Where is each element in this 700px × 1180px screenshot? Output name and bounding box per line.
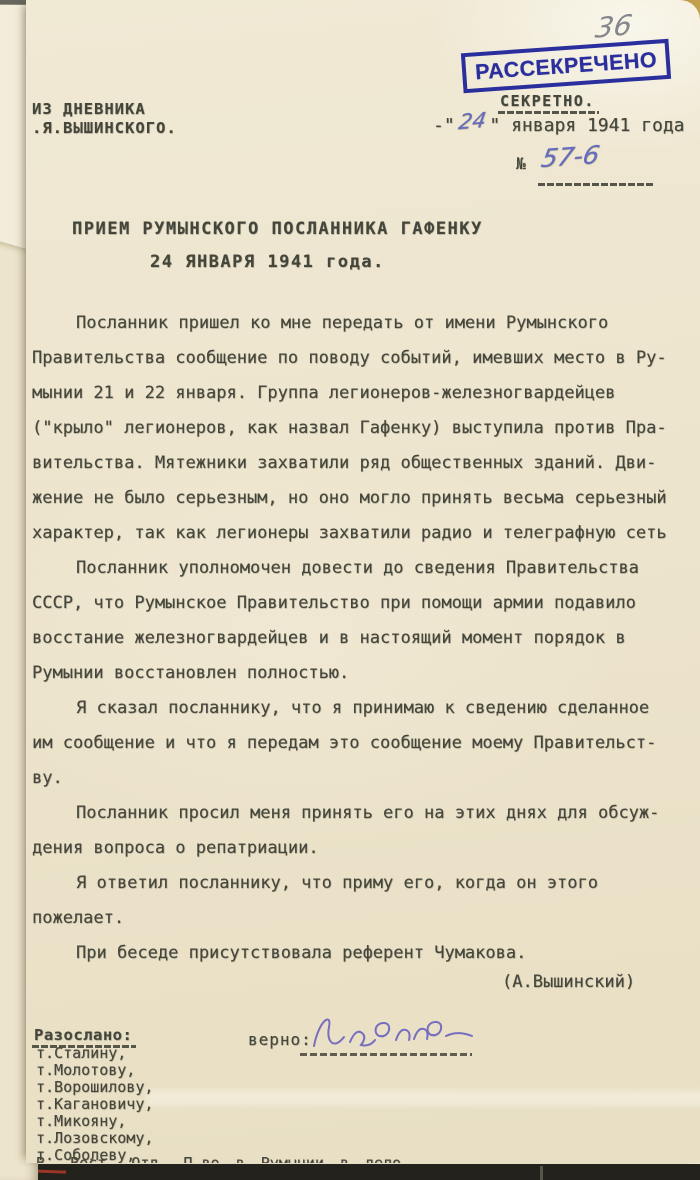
diary-source-heading: ИЗ ДНЕВНИКА .Я.ВЫШИНСКОГО. [32,100,177,138]
date-prefix: -" [433,115,455,136]
certifier-handwritten-signature [304,1002,484,1060]
body-line: СССР, что Румынское Правительство при по… [32,586,692,621]
handwritten-number: 57-6 [539,140,602,173]
body-line: Посланник пришел ко мне передать от имен… [32,306,692,341]
recipient: т.Лозовскому, [36,1130,153,1147]
handwritten-day: 24 [457,108,488,134]
date-line: -"24" января 1941 года [433,112,685,136]
declassified-stamp: РАССЕКРЕЧЕНО [461,39,672,93]
body-line: При беседе присутствовала референт Чумак… [32,936,692,971]
body-line: характер, так как легионеры захватили ра… [32,516,692,551]
body-line: Румынии восстановлен полностью. [32,656,692,691]
body-line: Я ответил посланнику, что приму его, ког… [32,866,692,901]
recipient: т.Ворошилову, [36,1079,153,1096]
scanner-slit [540,1166,543,1180]
document-title-line2: 24 ЯНВАРЯ 1941 года. [150,252,385,272]
body-line: Посланник уполномочен довести до сведени… [32,551,692,586]
body-line: дения вопроса о репатриации. [32,831,692,866]
document-number-line: №57-6 [516,146,582,175]
body-line: пожелает. [32,901,692,936]
certified-label: верно: [248,1030,312,1049]
paragraph-1: Посланник пришел ко мне передать от имен… [32,306,692,551]
body-line: ("крыло" легионеров, как назвал Гафенку)… [32,411,692,446]
body-line: им сообщение и что я передам это сообщен… [32,726,692,761]
paragraph-4: Посланник просил меня принять его на эти… [32,796,692,866]
distribution-list: т.Сталину, т.Молотову, т.Ворошилову, т.К… [36,1045,153,1163]
handwritten-page-number: 36 [593,8,634,45]
distribution-heading: Разослано: [34,1026,132,1044]
body-line: восстание железногвардейцев и в настоящи… [32,621,692,656]
cutoff-distribution-line: В. Вост. Отд. П-во в Румынии в дело [36,1154,401,1163]
document-scan: ИЗ ДНЕВНИКА .Я.ВЫШИНСКОГО. 36 РАССЕКРЕЧЕ… [0,0,700,1180]
body-line: ву. [32,761,692,796]
body-line: вительства. Мятежники захватили ряд обще… [32,446,692,481]
body-line: мынии 21 и 22 января. Группа легионеров-… [32,376,692,411]
paragraph-3: Я сказал посланнику, что я принимаю к св… [32,691,692,796]
document-title-line1: ПРИЕМ РУМЫНСКОГО ПОСЛАННИКА ГАФЕНКУ [72,219,483,239]
recipient: т.Кагановичу, [36,1096,153,1113]
number-underline [538,183,654,186]
paragraph-5: Я ответил посланнику, что приму его, ког… [32,866,692,936]
paragraph-6: При беседе присутствовала референт Чумак… [32,936,692,971]
paper-crease [146,1090,700,1106]
body-line: жение не было серьезным, но оно могло пр… [32,481,692,516]
scanner-background [0,1164,700,1180]
diary-source-line1: ИЗ ДНЕВНИКА [32,100,177,119]
document-body: Посланник пришел ко мне передать от имен… [32,306,692,971]
number-label: № [516,154,526,173]
recipient: т.Микояну, [36,1113,153,1130]
paragraph-2: Посланник уполномочен довести до сведени… [32,551,692,691]
body-line: Посланник просил меня принять его на эти… [32,796,692,831]
document-page: ИЗ ДНЕВНИКА .Я.ВЫШИНСКОГО. 36 РАССЕКРЕЧЕ… [26,0,700,1163]
body-line: Я сказал посланнику, что я принимаю к св… [32,691,692,726]
body-line: Правительства сообщение по поводу событи… [32,341,692,376]
recipient: т.Молотову, [36,1062,153,1079]
classification-label: СЕКРЕТНО. [500,92,595,110]
author-signature: (А.Вышинский) [502,972,635,992]
recipient: т.Сталину, [36,1045,153,1062]
diary-source-line2: .Я.ВЫШИНСКОГО. [32,119,177,138]
date-rest: " января 1941 года [489,115,684,136]
